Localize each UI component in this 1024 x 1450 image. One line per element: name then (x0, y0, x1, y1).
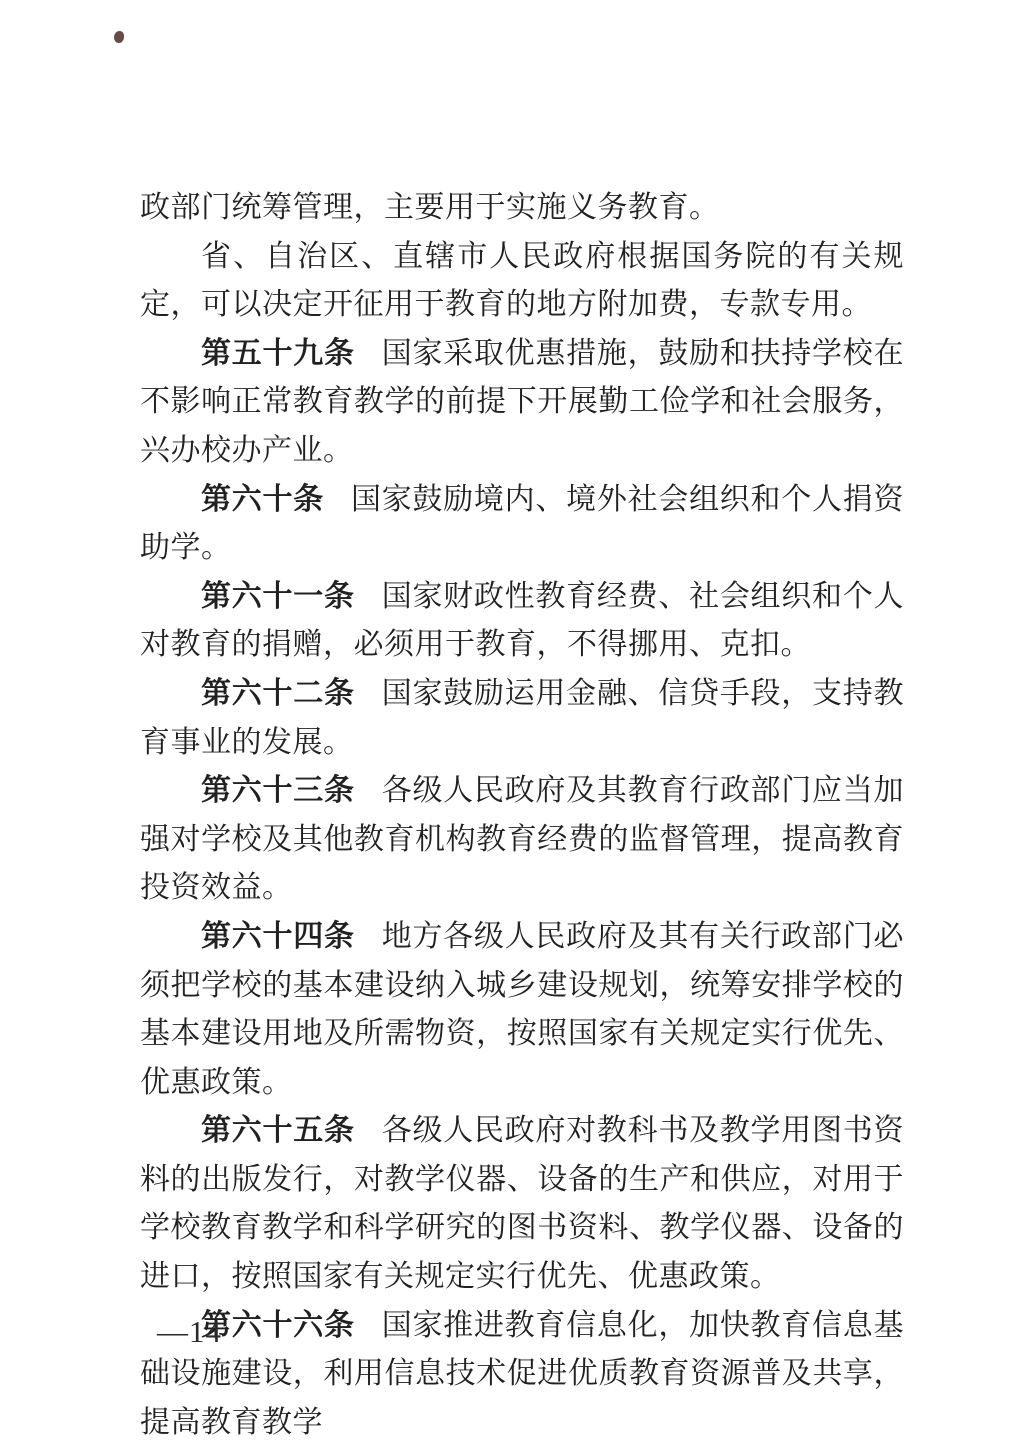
page-body-text: 政部门统筹管理，主要用于实施义务教育。 省、自治区、直辖市人民政府根据国务院的有… (140, 184, 904, 1447)
article-paragraph: 第六十一条国家财政性教育经费、社会组织和个人对教育的捐赠，必须用于教育，不得挪用… (140, 573, 904, 670)
article-paragraph: 省、自治区、直辖市人民政府根据国务院的有关规定，可以决定开征用于教育的地方附加费… (140, 233, 904, 330)
article-paragraph: 第五十九条国家采取优惠措施，鼓励和扶持学校在不影响正常教育教学的前提下开展勤工俭… (140, 330, 904, 476)
document-page: 政部门统筹管理，主要用于实施义务教育。 省、自治区、直辖市人民政府根据国务院的有… (0, 0, 1024, 1450)
article-paragraph: 第六十四条地方各级人民政府及其有关行政部门必须把学校的基本建设纳入城乡建设规划，… (140, 913, 904, 1107)
article-paragraph: 第六十五条各级人民政府对教科书及教学用图书资料的出版发行，对教学仪器、设备的生产… (140, 1107, 904, 1301)
article-number: 第六十五条 (201, 1114, 355, 1147)
article-number: 第六十二条 (201, 677, 355, 710)
article-number: 第六十四条 (201, 920, 355, 953)
article-paragraph: 第六十条国家鼓励境内、境外社会组织和个人捐资助学。 (140, 476, 904, 573)
article-paragraph: 政部门统筹管理，主要用于实施义务教育。 (140, 184, 904, 233)
paragraph-text: 省、自治区、直辖市人民政府根据国务院的有关规定，可以决定开征用于教育的地方附加费… (140, 240, 904, 322)
article-paragraph: 第六十六条国家推进教育信息化，加快教育信息基础设施建设，利用信息技术促进优质教育… (140, 1302, 904, 1448)
article-paragraph: 第六十二条国家鼓励运用金融、信贷手段，支持教育事业的发展。 (140, 670, 904, 767)
article-paragraph: 第六十三条各级人民政府及其教育行政部门应当加强对学校及其他教育机构教育经费的监督… (140, 767, 904, 913)
page-number: —14 (157, 1314, 222, 1350)
article-number: 第六十一条 (201, 580, 355, 613)
paragraph-text: 政部门统筹管理，主要用于实施义务教育。 (140, 191, 720, 224)
article-number: 第五十九条 (201, 337, 355, 370)
article-number: 第六十六条 (201, 1309, 355, 1342)
article-number: 第六十三条 (201, 774, 355, 807)
article-number: 第六十条 (201, 483, 324, 516)
ink-speck (114, 31, 124, 43)
